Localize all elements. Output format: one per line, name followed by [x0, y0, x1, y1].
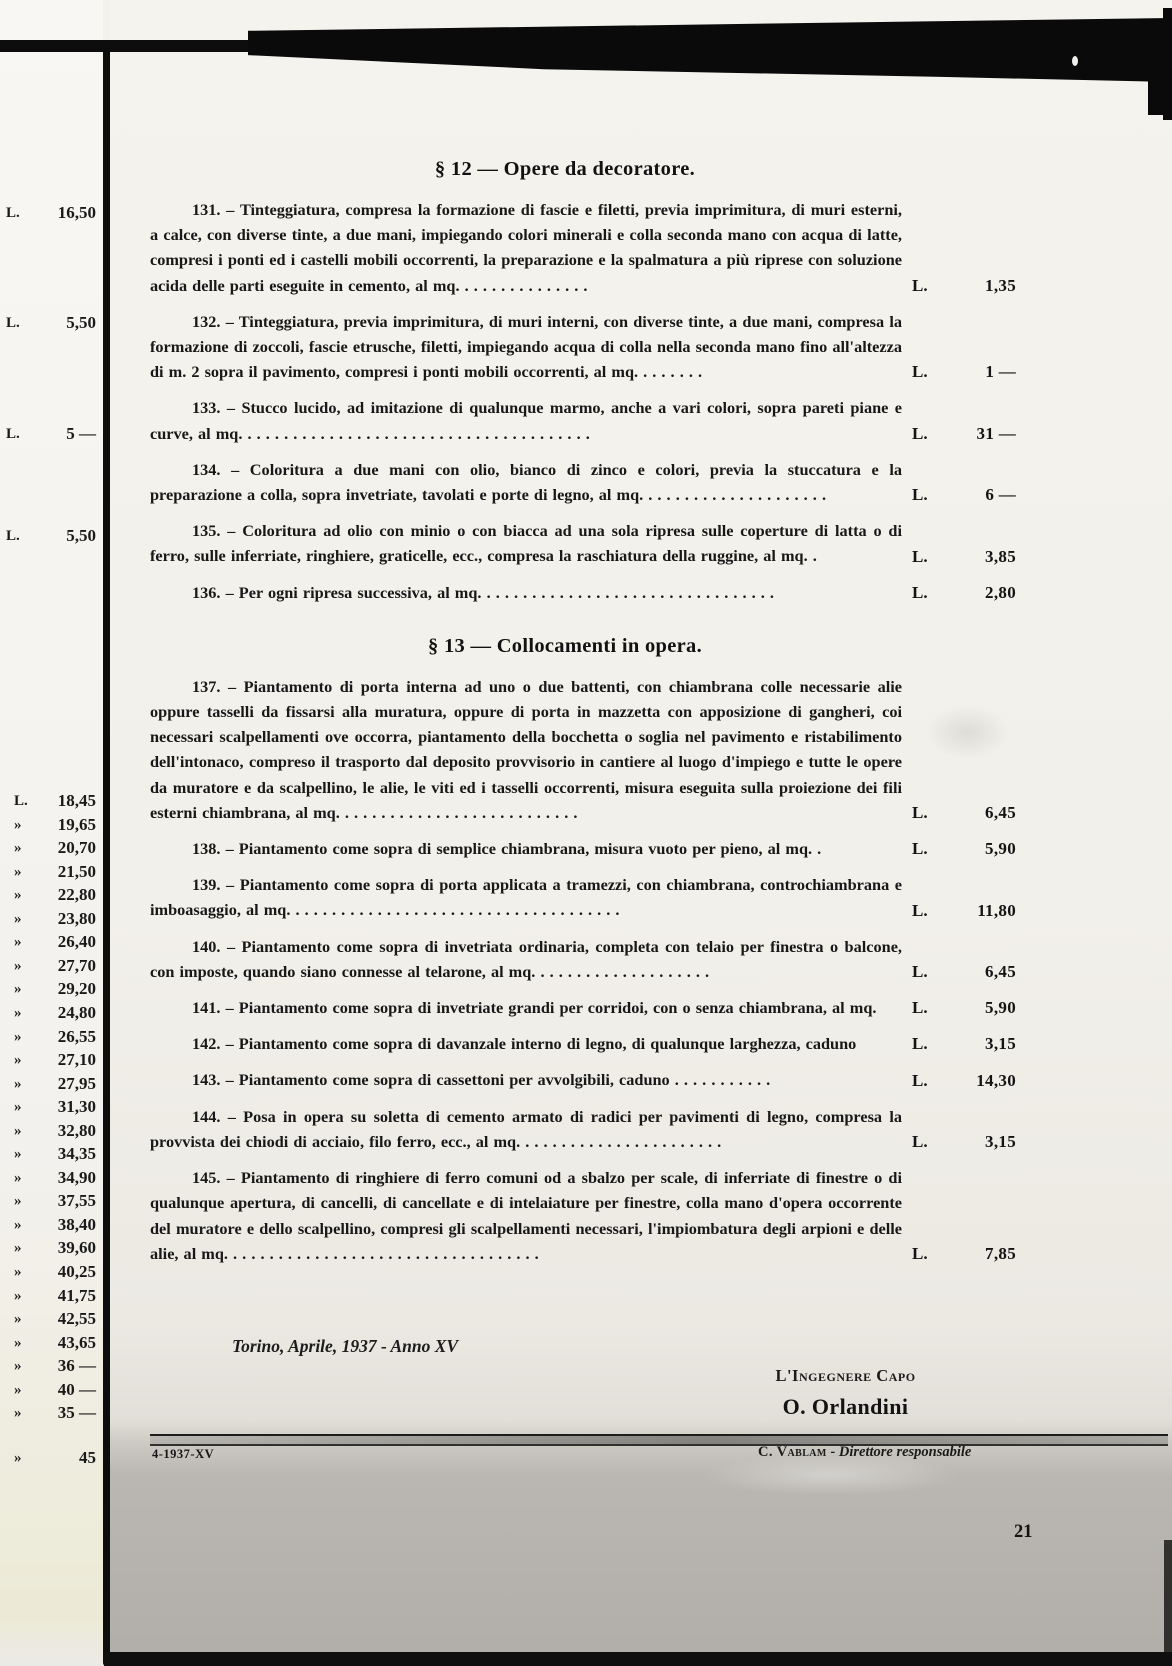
item-text: 133. – Stucco lucido, ad imitazione di q…	[150, 395, 902, 445]
margin-price-entry: »21,50	[14, 862, 96, 882]
price-amount: 41,75	[58, 1286, 96, 1306]
currency-label: L.	[912, 583, 928, 603]
price-amount: 3,15	[985, 1034, 1016, 1054]
currency-label: »	[14, 1027, 22, 1047]
price-item: 131. – Tinteggiatura, compresa la formaz…	[150, 197, 1016, 298]
price-amount: 11,80	[977, 901, 1016, 921]
currency-label: L.	[14, 791, 28, 811]
price-amount: 2,80	[985, 583, 1016, 603]
item-price: L.5,90	[902, 995, 1016, 1020]
scan-smudge	[700, 1455, 960, 1495]
margin-price-entry: »38,40	[14, 1215, 96, 1235]
price-amount: 37,55	[58, 1191, 96, 1211]
print-code: 4-1937-XV	[152, 1447, 214, 1462]
margin-price-entry: L.5,50	[6, 526, 96, 546]
price-amount: 31,30	[58, 1097, 96, 1117]
currency-label: »	[14, 815, 22, 835]
currency-label: L.	[912, 424, 928, 444]
currency-label: L.	[6, 313, 20, 333]
margin-price-entry: »42,55	[14, 1309, 96, 1329]
currency-label: »	[14, 1074, 22, 1094]
margin-price-entry: »37,55	[14, 1191, 96, 1211]
item-text: 144. – Posa in opera su soletta di cemen…	[150, 1104, 902, 1154]
price-amount: 40,25	[58, 1262, 96, 1282]
currency-label: L.	[912, 1244, 928, 1264]
margin-price-entry: »34,35	[14, 1144, 96, 1164]
item-text: 132. – Tinteggiatura, previa imprimitura…	[150, 309, 902, 385]
price-amount: 32,80	[58, 1121, 96, 1141]
scan-artifact-speck	[1072, 56, 1078, 66]
currency-label: »	[14, 1403, 22, 1423]
currency-label: »	[14, 932, 22, 952]
item-price: L.14,30	[902, 1067, 1016, 1092]
price-item: 145. – Piantamento di ringhiere di ferro…	[150, 1165, 1016, 1266]
margin-price-entry: »23,80	[14, 909, 96, 929]
currency-label: L.	[912, 839, 928, 859]
price-amount: 5,50	[66, 526, 96, 546]
currency-label: »	[14, 1309, 22, 1329]
margin-price-entry: »35 —	[14, 1403, 96, 1423]
currency-label: »	[14, 1003, 22, 1023]
currency-label: »	[14, 1050, 22, 1070]
price-amount: 6,45	[985, 803, 1016, 823]
price-item: 144. – Posa in opera su soletta di cemen…	[150, 1104, 1016, 1154]
currency-label: »	[14, 1215, 22, 1235]
margin-price-entry: »39,60	[14, 1238, 96, 1258]
currency-label: L.	[6, 203, 20, 223]
margin-price-entry: »22,80	[14, 885, 96, 905]
margin-price-entry: »27,10	[14, 1050, 96, 1070]
currency-label: L.	[912, 1071, 928, 1091]
price-amount: 26,40	[58, 932, 96, 952]
price-amount: 21,50	[58, 862, 96, 882]
currency-label: L.	[6, 424, 20, 444]
price-amount: 16,50	[58, 203, 96, 223]
item-price: L.31 —	[902, 395, 1016, 445]
margin-price-entry: L.16,50	[6, 203, 96, 223]
currency-label: »	[14, 1380, 22, 1400]
currency-label: »	[14, 1448, 22, 1468]
signature-name: O. Orlandini	[738, 1394, 953, 1420]
item-text: 137. – Piantamento di porta interna ad u…	[150, 674, 902, 825]
price-item: 133. – Stucco lucido, ad imitazione di q…	[150, 395, 1016, 445]
price-amount: 39,60	[58, 1238, 96, 1258]
currency-label: L.	[912, 803, 928, 823]
imprint-separator: -	[827, 1444, 839, 1460]
currency-label: »	[14, 1286, 22, 1306]
margin-price-entry: »27,95	[14, 1074, 96, 1094]
currency-label: L.	[912, 1034, 928, 1054]
margin-price-entry: »26,55	[14, 1027, 96, 1047]
price-amount: 40 —	[58, 1380, 96, 1400]
price-item: 140. – Piantamento come sopra di invetri…	[150, 934, 1016, 984]
tariff-text-body: § 12 — Opere da decoratore.131. – Tinteg…	[150, 158, 1016, 1277]
price-amount: 7,85	[985, 1244, 1016, 1264]
page-number: 21	[1014, 1522, 1033, 1543]
margin-price-entry: »34,90	[14, 1168, 96, 1188]
currency-label: »	[14, 1262, 22, 1282]
item-price: L.2,80	[902, 580, 1016, 605]
price-amount: 29,20	[58, 979, 96, 999]
currency-label: »	[14, 1144, 22, 1164]
price-item: 138. – Piantamento come sopra di semplic…	[150, 836, 1016, 861]
item-price: L.6 —	[902, 457, 1016, 507]
price-amount: 45	[79, 1448, 96, 1468]
item-text: 142. – Piantamento come sopra di davanza…	[150, 1031, 902, 1056]
price-item: 132. – Tinteggiatura, previa imprimitura…	[150, 309, 1016, 385]
currency-label: L.	[912, 901, 928, 921]
section-heading: § 13 — Collocamenti in opera.	[150, 635, 980, 658]
price-amount: 3,85	[985, 547, 1016, 567]
item-price: L.3,15	[902, 1031, 1016, 1056]
currency-label: »	[14, 956, 22, 976]
currency-label: »	[14, 1097, 22, 1117]
price-amount: 20,70	[58, 838, 96, 858]
price-item: 142. – Piantamento come sopra di davanza…	[150, 1031, 1016, 1056]
imprint-role: Direttore responsabile	[839, 1444, 972, 1460]
item-price: L.11,80	[902, 872, 1016, 922]
price-amount: 22,80	[58, 885, 96, 905]
price-amount: 5,90	[985, 839, 1016, 859]
imprint-line: C. Vablam - Direttore responsabile	[758, 1444, 971, 1461]
margin-price-entry: »20,70	[14, 838, 96, 858]
currency-label: »	[14, 838, 22, 858]
scan-artifact-bottom-bar	[104, 1652, 1172, 1666]
currency-label: »	[14, 909, 22, 929]
item-price: L.6,45	[902, 674, 1016, 825]
currency-label: L.	[912, 998, 928, 1018]
margin-price-entry: »19,65	[14, 815, 96, 835]
price-item: 143. – Piantamento come sopra di cassett…	[150, 1067, 1016, 1092]
price-amount: 6,45	[985, 962, 1016, 982]
price-item: 135. – Coloritura ad olio con minio o co…	[150, 518, 1016, 568]
currency-label: »	[14, 885, 22, 905]
signature-role: L'Ingegnere Capo	[738, 1366, 953, 1386]
item-text: 139. – Piantamento come sopra di porta a…	[150, 872, 902, 922]
margin-price-entry: »31,30	[14, 1097, 96, 1117]
margin-price-entry: »29,20	[14, 979, 96, 999]
price-amount: 34,90	[58, 1168, 96, 1188]
item-text: 134. – Coloritura a due mani con olio, b…	[150, 457, 902, 507]
currency-label: »	[14, 1191, 22, 1211]
currency-label: »	[14, 1333, 22, 1353]
margin-price-entry: »40 —	[14, 1380, 96, 1400]
price-amount: 43,65	[58, 1333, 96, 1353]
margin-price-entry: L.18,45	[14, 791, 96, 811]
item-price: L.7,85	[902, 1165, 1016, 1266]
item-price: L.1 —	[902, 309, 1016, 385]
price-amount: 14,30	[976, 1071, 1016, 1091]
price-amount: 38,40	[58, 1215, 96, 1235]
price-amount: 27,10	[58, 1050, 96, 1070]
dateline: Torino, Aprile, 1937 - Anno XV	[232, 1336, 458, 1357]
item-text: 131. – Tinteggiatura, compresa la formaz…	[150, 197, 902, 298]
currency-label: L.	[912, 547, 928, 567]
currency-label: L.	[6, 526, 20, 546]
item-text: 136. – Per ogni ripresa successiva, al m…	[150, 580, 902, 605]
price-item: 139. – Piantamento come sopra di porta a…	[150, 872, 1016, 922]
currency-label: »	[14, 1356, 22, 1376]
item-price: L.3,15	[902, 1104, 1016, 1154]
book-gutter-line	[103, 44, 110, 1666]
item-text: 145. – Piantamento di ringhiere di ferro…	[150, 1165, 902, 1266]
price-amount: 5,50	[66, 313, 96, 333]
price-amount: 1,35	[985, 276, 1016, 296]
price-amount: 18,45	[58, 791, 96, 811]
item-text: 140. – Piantamento come sopra di invetri…	[150, 934, 902, 984]
price-amount: 42,55	[58, 1309, 96, 1329]
margin-price-entry: L.5 —	[6, 424, 96, 444]
currency-label: L.	[912, 362, 928, 382]
price-item: 136. – Per ogni ripresa successiva, al m…	[150, 580, 1016, 605]
margin-price-entry: »27,70	[14, 956, 96, 976]
price-amount: 3,15	[985, 1132, 1016, 1152]
margin-price-entry: »43,65	[14, 1333, 96, 1353]
currency-label: »	[14, 979, 22, 999]
price-amount: 1 —	[985, 362, 1016, 382]
margin-price-entry: »32,80	[14, 1121, 96, 1141]
margin-price-entry: »24,80	[14, 1003, 96, 1023]
price-amount: 27,95	[58, 1074, 96, 1094]
currency-label: L.	[912, 1132, 928, 1152]
section-heading: § 12 — Opere da decoratore.	[150, 158, 980, 181]
currency-label: L.	[912, 962, 928, 982]
price-amount: 34,35	[58, 1144, 96, 1164]
item-text: 143. – Piantamento come sopra di cassett…	[150, 1067, 902, 1092]
currency-label: »	[14, 1238, 22, 1258]
price-amount: 26,55	[58, 1027, 96, 1047]
price-item: 137. – Piantamento di porta interna ad u…	[150, 674, 1016, 825]
price-amount: 27,70	[58, 956, 96, 976]
item-text: 135. – Coloritura ad olio con minio o co…	[150, 518, 902, 568]
currency-label: L.	[912, 276, 928, 296]
signature-block: L'Ingegnere Capo O. Orlandini	[738, 1366, 953, 1420]
scan-artifact-bottom-edge	[1164, 1540, 1172, 1666]
scan-artifact-right-edge	[1163, 8, 1172, 120]
price-amount: 23,80	[58, 909, 96, 929]
margin-price-entry: »41,75	[14, 1286, 96, 1306]
price-amount: 31 —	[977, 424, 1016, 444]
margin-price-entry: »36 —	[14, 1356, 96, 1376]
currency-label: »	[14, 862, 22, 882]
currency-label: L.	[912, 485, 928, 505]
price-item: 134. – Coloritura a due mani con olio, b…	[150, 457, 1016, 507]
price-amount: 24,80	[58, 1003, 96, 1023]
price-amount: 5,90	[985, 998, 1016, 1018]
item-price: L.1,35	[902, 197, 1016, 298]
price-amount: 36 —	[58, 1356, 96, 1376]
margin-price-entry: »45	[14, 1448, 96, 1468]
item-text: 138. – Piantamento come sopra di semplic…	[150, 836, 902, 861]
imprint-name: C. Vablam	[758, 1444, 827, 1460]
price-amount: 35 —	[58, 1403, 96, 1423]
scan-artifact-top-bar-left	[0, 40, 250, 52]
margin-price-entry: L.5,50	[6, 313, 96, 333]
item-price: L.6,45	[902, 934, 1016, 984]
item-price: L.5,90	[902, 836, 1016, 861]
price-amount: 5 —	[66, 424, 96, 444]
margin-price-entry: »26,40	[14, 932, 96, 952]
currency-label: »	[14, 1168, 22, 1188]
scanned-document-page: L.16,50L.5,50L.5 —L.5,50L.18,45»19,65»20…	[0, 0, 1172, 1666]
margin-price-entry: »40,25	[14, 1262, 96, 1282]
item-price: L.3,85	[902, 518, 1016, 568]
price-amount: 6 —	[985, 485, 1016, 505]
price-item: 141. – Piantamento come sopra di invetri…	[150, 995, 1016, 1020]
currency-label: »	[14, 1121, 22, 1141]
footer-rule	[150, 1434, 1168, 1446]
price-amount: 19,65	[58, 815, 96, 835]
item-text: 141. – Piantamento come sopra di invetri…	[150, 995, 902, 1020]
